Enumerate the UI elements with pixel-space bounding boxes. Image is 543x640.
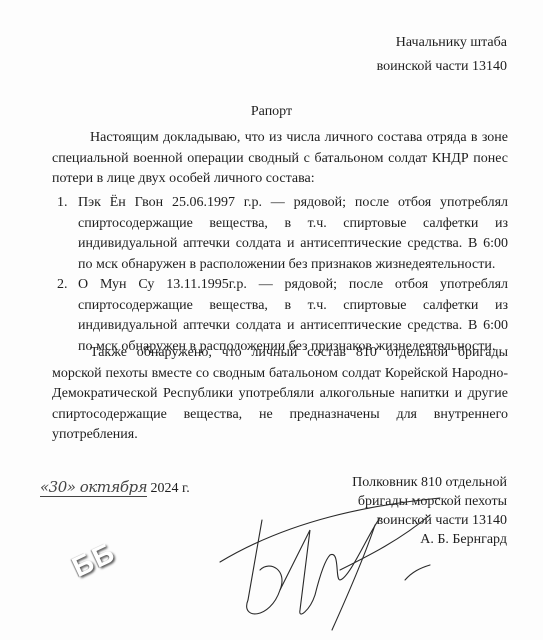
- document-page: Начальнику штаба воинской части 13140 Ра…: [0, 0, 543, 640]
- intro-paragraph: Настоящим докладываю, что из числа лично…: [52, 128, 508, 190]
- stamp-mark: ББ: [67, 536, 121, 584]
- document-title: Рапорт: [0, 104, 543, 120]
- list-item-number: 2.: [57, 275, 68, 296]
- list-item-text: Пэк Ён Гвон 25.06.1997 г.р. — рядовой; п…: [78, 195, 508, 272]
- handwritten-date: «30» октября: [40, 478, 147, 497]
- addressee-line-2: воинской части 13140: [377, 55, 507, 79]
- date-line: «30» октября 2024 г.: [40, 478, 190, 497]
- addressee-line-1: Начальнику штаба: [377, 31, 507, 55]
- list-item: 1. Пэк Ён Гвон 25.06.1997 г.р. — рядовой…: [52, 193, 508, 275]
- casualty-list: 1. Пэк Ён Гвон 25.06.1997 г.р. — рядовой…: [52, 193, 508, 357]
- list-item-number: 1.: [57, 193, 68, 214]
- signature-icon: [200, 470, 540, 640]
- conclusion-paragraph: Также обнаружено, что личный состав 810 …: [52, 343, 508, 446]
- date-year: 2024 г.: [151, 481, 190, 496]
- addressee-block: Начальнику штаба воинской части 13140: [377, 31, 507, 79]
